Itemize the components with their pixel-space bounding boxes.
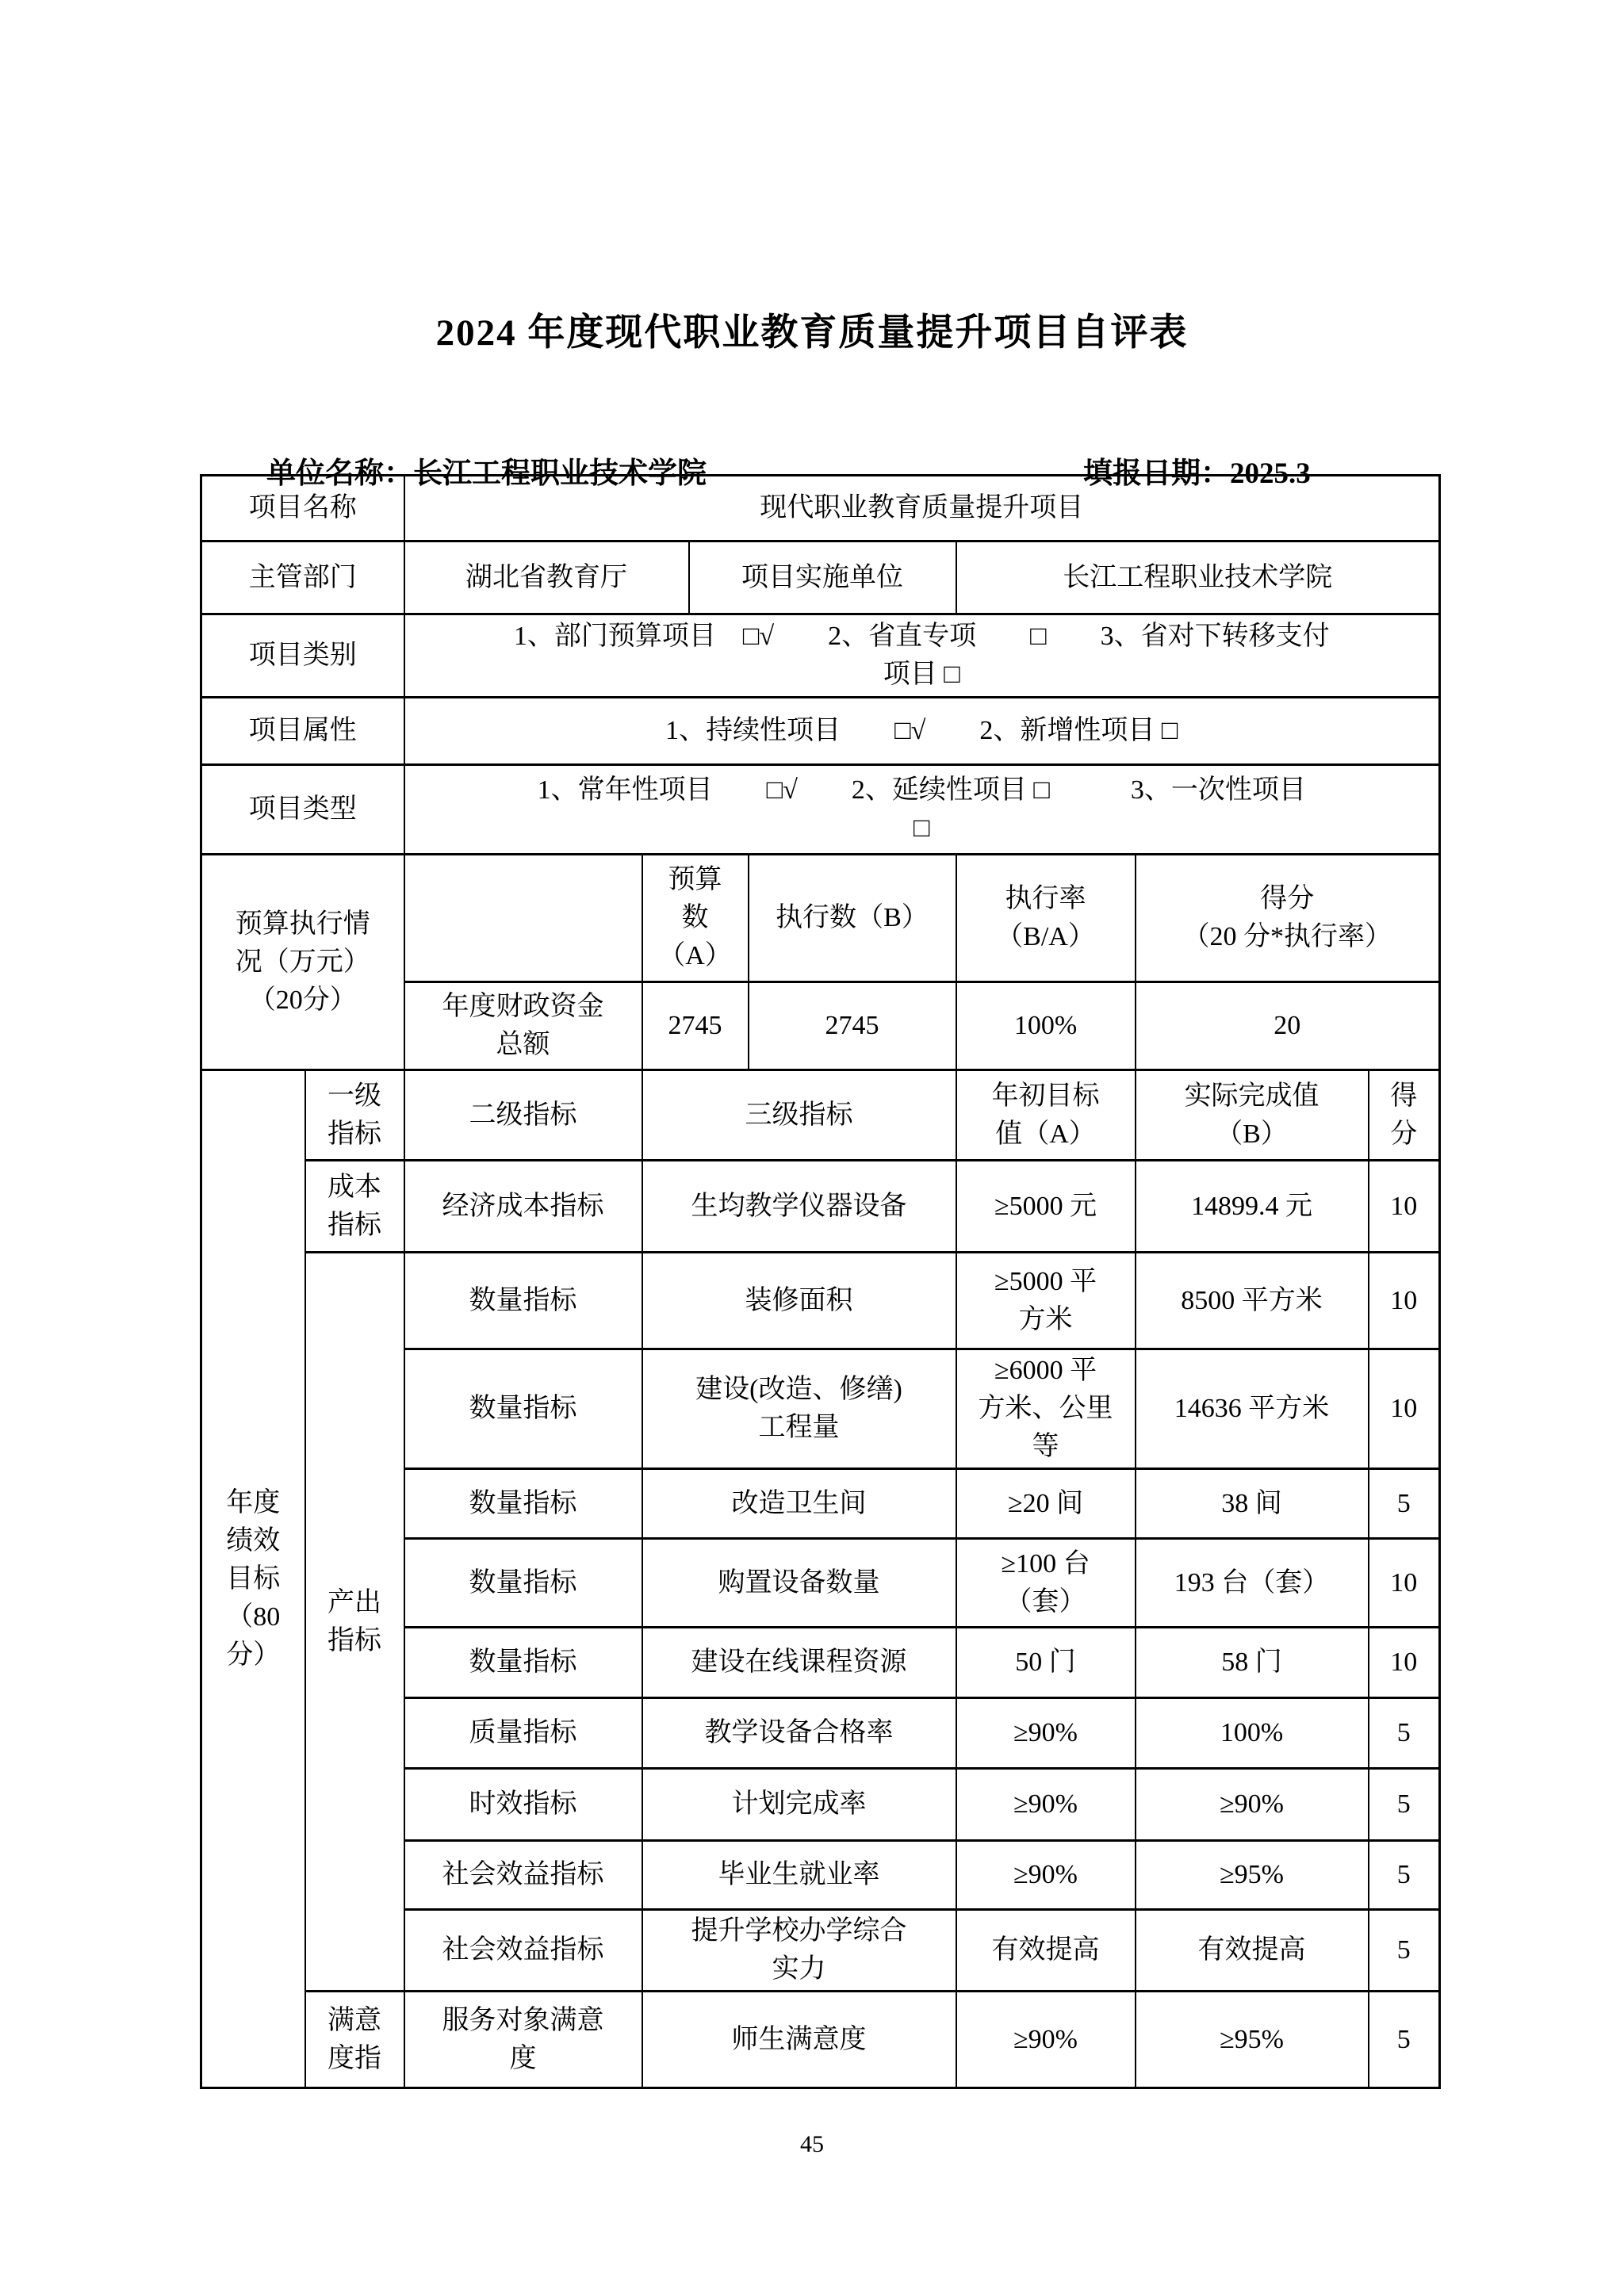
category-label: 项目类别 bbox=[201, 614, 404, 698]
budget-value-a: 2745 bbox=[642, 982, 749, 1070]
perf-target: ≥100 台 （套） bbox=[956, 1539, 1136, 1628]
perf-actual: 14899.4 元 bbox=[1136, 1161, 1369, 1253]
perf-score: 10 bbox=[1369, 1161, 1440, 1253]
row-type: 项目类型 1、常年性项目 □√ 2、延续性项目 □ 3、一次性项目 □ bbox=[201, 765, 1440, 855]
perf-group-satisfaction: 满意 度指 bbox=[305, 1992, 404, 2088]
perf-l3: 装修面积 bbox=[642, 1253, 956, 1349]
perf-group-output: 产出 指标 bbox=[305, 1253, 404, 1992]
perf-score: 10 bbox=[1369, 1349, 1440, 1469]
perf-score: 10 bbox=[1369, 1628, 1440, 1698]
budget-value-rate: 100% bbox=[956, 982, 1136, 1070]
perf-score: 5 bbox=[1369, 1769, 1440, 1841]
perf-l3: 计划完成率 bbox=[642, 1769, 956, 1841]
perf-l2: 服务对象满意 度 bbox=[404, 1992, 642, 2088]
row-perf-header: 年度 绩效 目标 （80 分） 一级 指标 二级指标 三级指标 年初目标 值（A… bbox=[201, 1070, 1440, 1161]
perf-header-l1: 一级 指标 bbox=[305, 1070, 404, 1161]
perf-target: 有效提高 bbox=[956, 1910, 1136, 1992]
perf-l2: 数量指标 bbox=[404, 1253, 642, 1349]
perf-row: 成本 指标 经济成本指标 生均教学仪器设备 ≥5000 元 14899.4 元 … bbox=[201, 1161, 1440, 1253]
perf-score: 5 bbox=[1369, 1698, 1440, 1769]
perf-header-target: 年初目标 值（A） bbox=[956, 1070, 1136, 1161]
perf-actual: 有效提高 bbox=[1136, 1910, 1369, 1992]
perf-score: 5 bbox=[1369, 1910, 1440, 1992]
perf-score: 5 bbox=[1369, 1841, 1440, 1910]
perf-target: ≥6000 平 方米、公里 等 bbox=[956, 1349, 1136, 1469]
perf-actual: 38 间 bbox=[1136, 1469, 1369, 1539]
project-name-value: 现代职业教育质量提升项目 bbox=[404, 476, 1440, 541]
type-options: 1、常年性项目 □√ 2、延续性项目 □ 3、一次性项目 □ bbox=[404, 765, 1440, 855]
perf-target: ≥90% bbox=[956, 1698, 1136, 1769]
perf-row: 产出 指标 数量指标 装修面积 ≥5000 平 方米 8500 平方米 10 bbox=[201, 1253, 1440, 1349]
perf-score: 10 bbox=[1369, 1539, 1440, 1628]
attribute-options: 1、持续性项目 □√ 2、新增性项目 □ bbox=[404, 698, 1440, 765]
perf-header-score: 得 分 bbox=[1369, 1070, 1440, 1161]
perf-l2: 数量指标 bbox=[404, 1539, 642, 1628]
perf-l2: 数量指标 bbox=[404, 1628, 642, 1698]
budget-col-a: 预算 数 （A） bbox=[642, 855, 749, 982]
row-budget-header: 预算执行情 况（万元） （20分） 预算 数 （A） 执行数（B） 执行率 （B… bbox=[201, 855, 1440, 982]
budget-value-score: 20 bbox=[1136, 982, 1440, 1070]
budget-col-b: 执行数（B） bbox=[749, 855, 956, 982]
self-evaluation-table: 项目名称 现代职业教育质量提升项目 主管部门 湖北省教育厅 项目实施单位 长江工… bbox=[200, 474, 1441, 2089]
impl-unit-value: 长江工程职业技术学院 bbox=[956, 541, 1440, 614]
perf-l3: 改造卫生间 bbox=[642, 1469, 956, 1539]
perf-l2: 数量指标 bbox=[404, 1469, 642, 1539]
perf-l3: 购置设备数量 bbox=[642, 1539, 956, 1628]
perf-score: 10 bbox=[1369, 1253, 1440, 1349]
perf-header-l2: 二级指标 bbox=[404, 1070, 642, 1161]
perf-actual: 58 门 bbox=[1136, 1628, 1369, 1698]
perf-actual: 100% bbox=[1136, 1698, 1369, 1769]
perf-actual: ≥95% bbox=[1136, 1841, 1369, 1910]
perf-l2: 社会效益指标 bbox=[404, 1910, 642, 1992]
perf-l3: 毕业生就业率 bbox=[642, 1841, 956, 1910]
perf-l2: 社会效益指标 bbox=[404, 1841, 642, 1910]
perf-target: 50 门 bbox=[956, 1628, 1136, 1698]
perf-header-actual: 实际完成值 （B） bbox=[1136, 1070, 1369, 1161]
row-category: 项目类别 1、部门预算项目 □√ 2、省直专项 □ 3、省对下转移支付 项目 □ bbox=[201, 614, 1440, 698]
attribute-label: 项目属性 bbox=[201, 698, 404, 765]
perf-l3: 建设在线课程资源 bbox=[642, 1628, 956, 1698]
perf-target: ≥90% bbox=[956, 1841, 1136, 1910]
row-attribute: 项目属性 1、持续性项目 □√ 2、新增性项目 □ bbox=[201, 698, 1440, 765]
impl-unit-label: 项目实施单位 bbox=[689, 541, 956, 614]
budget-value-b: 2745 bbox=[749, 982, 956, 1070]
perf-actual: 14636 平方米 bbox=[1136, 1349, 1369, 1469]
project-name-label: 项目名称 bbox=[201, 476, 404, 541]
page-title: 2024 年度现代职业教育质量提升项目自评表 bbox=[0, 303, 1624, 356]
perf-target: ≥5000 平 方米 bbox=[956, 1253, 1136, 1349]
page-number: 45 bbox=[0, 2131, 1624, 2158]
perf-group-cost: 成本 指标 bbox=[305, 1161, 404, 1253]
perf-target: ≥20 间 bbox=[956, 1469, 1136, 1539]
perf-left-label: 年度 绩效 目标 （80 分） bbox=[201, 1070, 305, 2088]
perf-l3: 提升学校办学综合 实力 bbox=[642, 1910, 956, 1992]
perf-l3: 师生满意度 bbox=[642, 1992, 956, 2088]
perf-target: ≥5000 元 bbox=[956, 1161, 1136, 1253]
perf-l3: 建设(改造、修缮) 工程量 bbox=[642, 1349, 956, 1469]
perf-actual: 193 台（套） bbox=[1136, 1539, 1369, 1628]
perf-score: 5 bbox=[1369, 1992, 1440, 2088]
budget-row-label: 年度财政资金 总额 bbox=[404, 982, 642, 1070]
row-department: 主管部门 湖北省教育厅 项目实施单位 长江工程职业技术学院 bbox=[201, 541, 1440, 614]
perf-l2: 数量指标 bbox=[404, 1349, 642, 1469]
budget-col-rate: 执行率 （B/A） bbox=[956, 855, 1136, 982]
department-value: 湖北省教育厅 bbox=[404, 541, 689, 614]
perf-l2: 经济成本指标 bbox=[404, 1161, 642, 1253]
perf-l3: 教学设备合格率 bbox=[642, 1698, 956, 1769]
document-page: 2024 年度现代职业教育质量提升项目自评表 单位名称：长江工程职业技术学院 填… bbox=[0, 0, 1624, 2296]
perf-score: 5 bbox=[1369, 1469, 1440, 1539]
perf-actual: 8500 平方米 bbox=[1136, 1253, 1369, 1349]
category-options: 1、部门预算项目 □√ 2、省直专项 □ 3、省对下转移支付 项目 □ bbox=[404, 614, 1440, 698]
perf-l2: 质量指标 bbox=[404, 1698, 642, 1769]
perf-actual: ≥95% bbox=[1136, 1992, 1369, 2088]
perf-l2: 时效指标 bbox=[404, 1769, 642, 1841]
budget-col-score: 得分 （20 分*执行率） bbox=[1136, 855, 1440, 982]
perf-l3: 生均教学仪器设备 bbox=[642, 1161, 956, 1253]
department-label: 主管部门 bbox=[201, 541, 404, 614]
budget-empty-cell bbox=[404, 855, 642, 982]
perf-target: ≥90% bbox=[956, 1769, 1136, 1841]
perf-actual: ≥90% bbox=[1136, 1769, 1369, 1841]
type-label: 项目类型 bbox=[201, 765, 404, 855]
perf-row: 满意 度指 服务对象满意 度 师生满意度 ≥90% ≥95% 5 bbox=[201, 1992, 1440, 2088]
row-project-name: 项目名称 现代职业教育质量提升项目 bbox=[201, 476, 1440, 541]
budget-section-label: 预算执行情 况（万元） （20分） bbox=[201, 855, 404, 1070]
perf-target: ≥90% bbox=[956, 1992, 1136, 2088]
perf-header-l3: 三级指标 bbox=[642, 1070, 956, 1161]
